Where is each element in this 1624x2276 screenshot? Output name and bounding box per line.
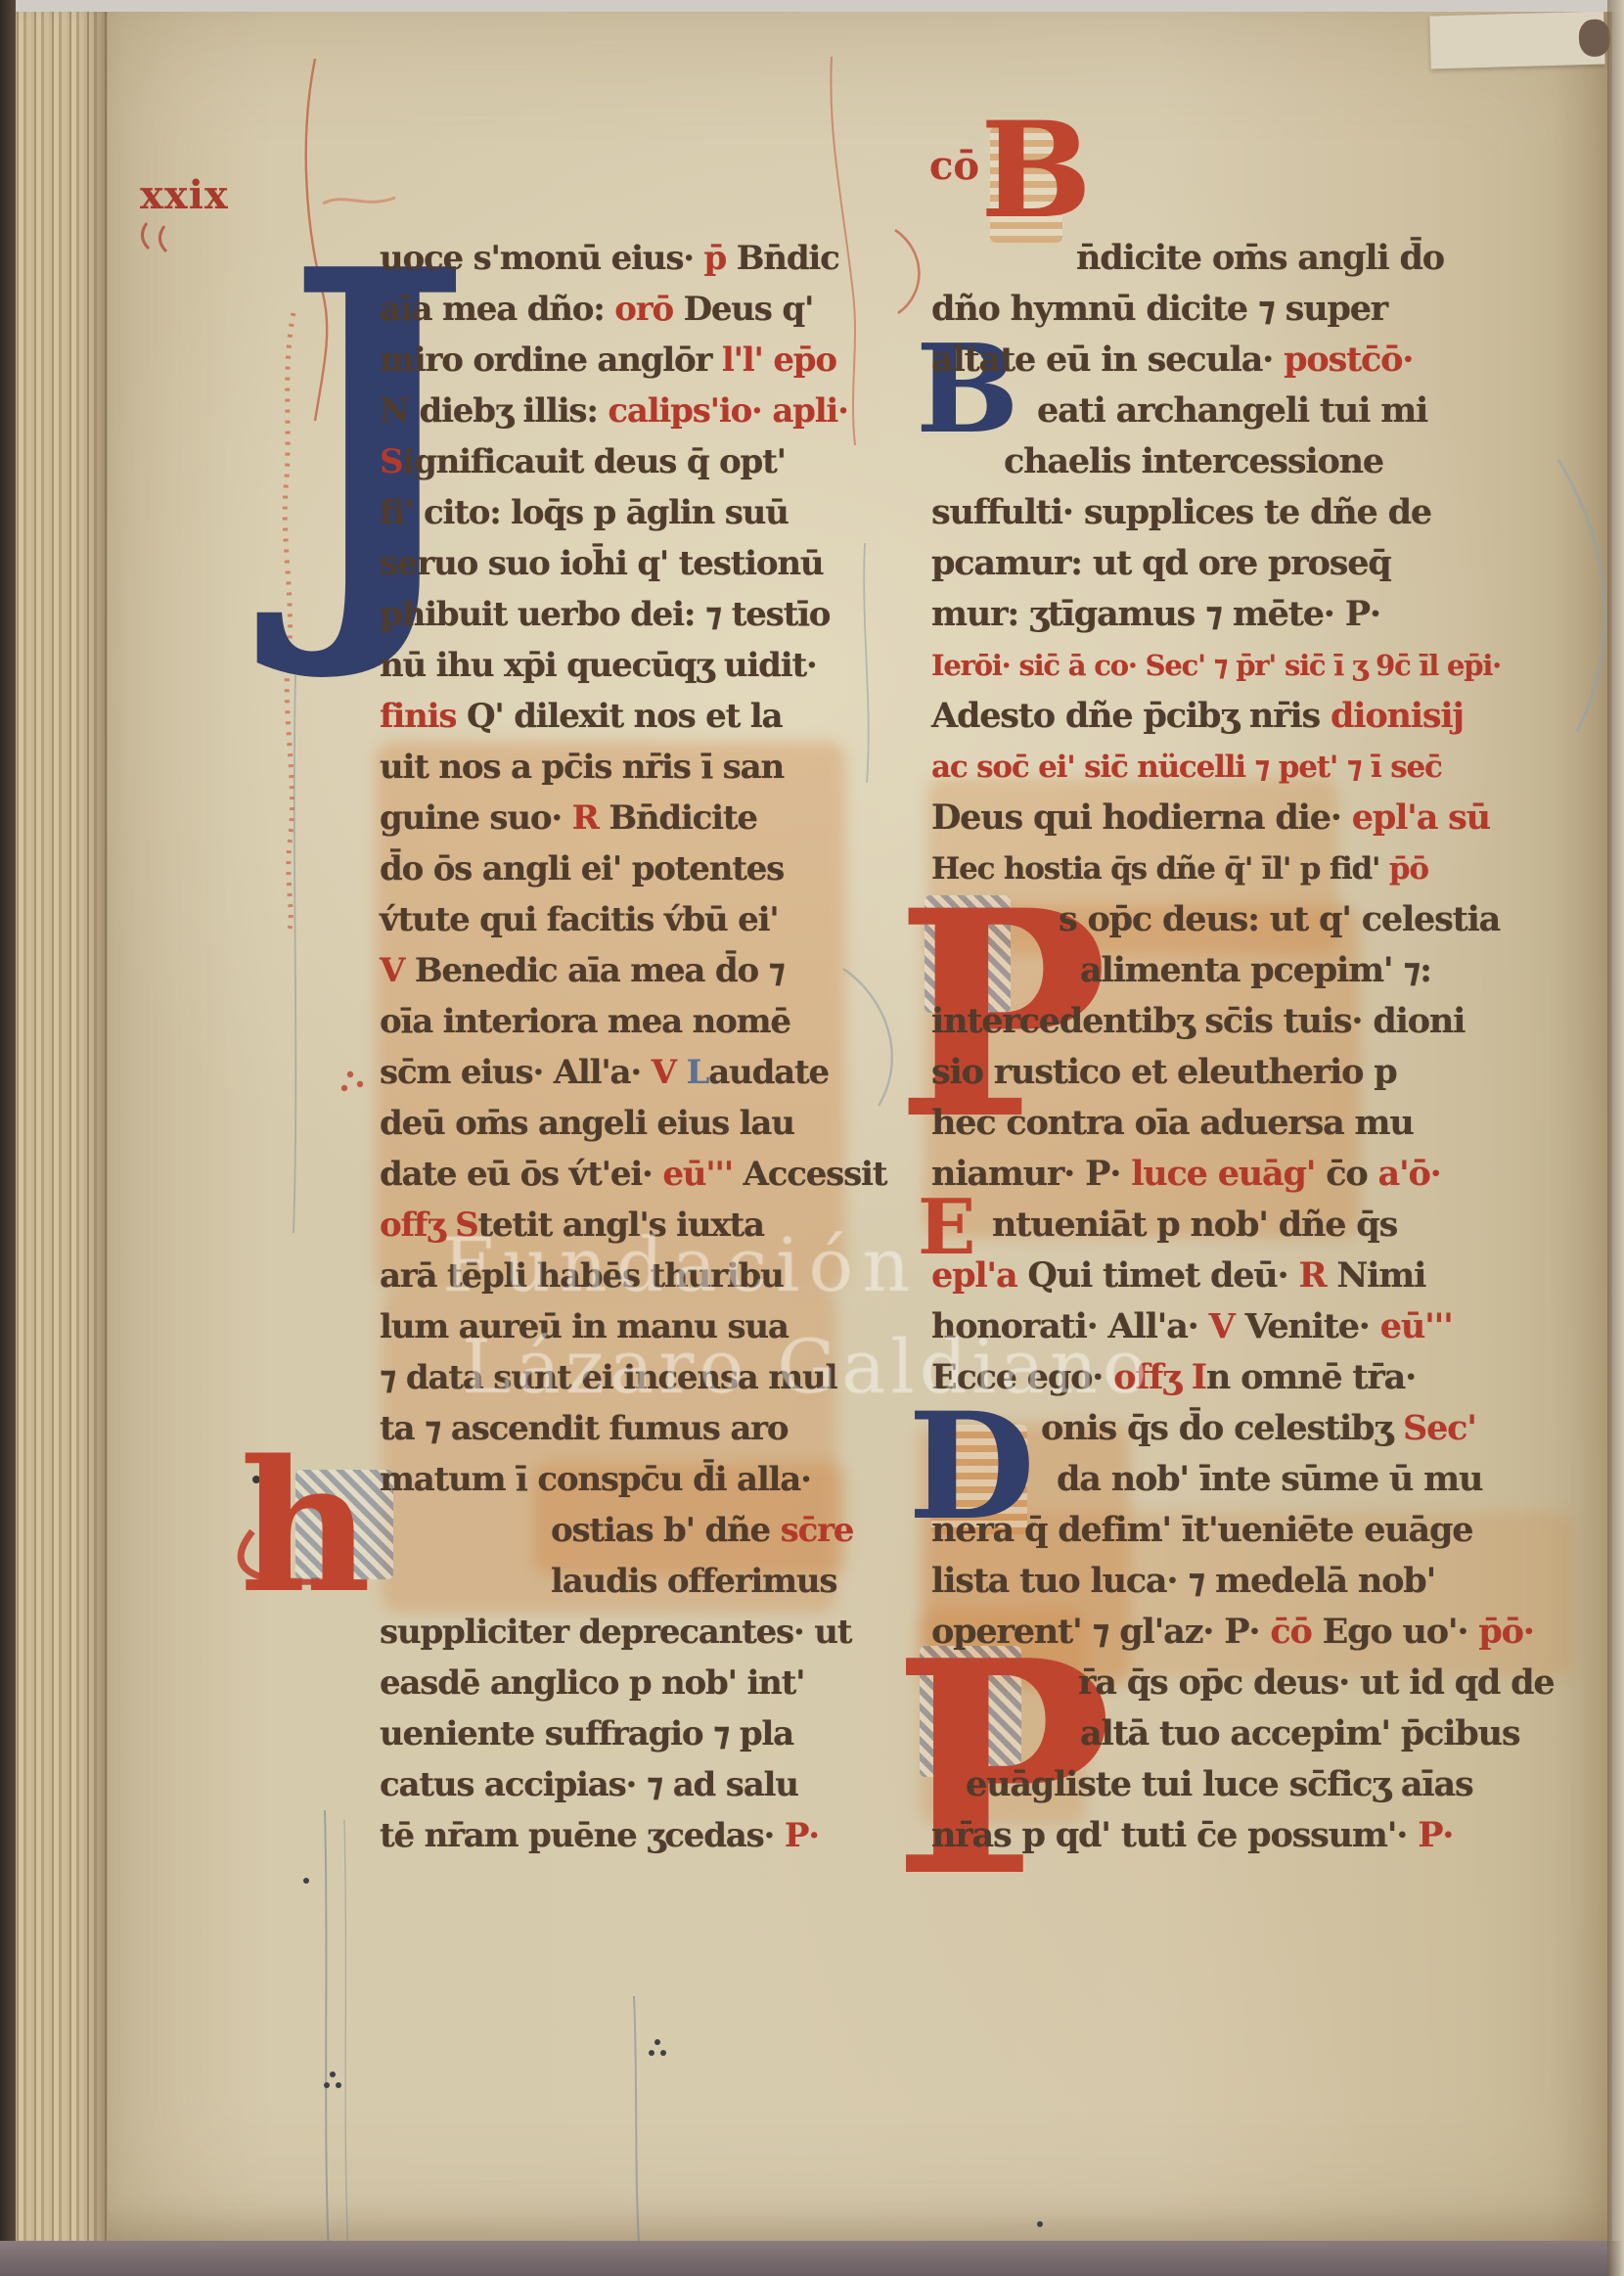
rubric-text: V [1209, 1306, 1245, 1346]
body-text: da nob' īnte sūme ū mu [1057, 1459, 1482, 1499]
body-text: Hec hostia q̄s dñe q̄' īl' p fid' [931, 851, 1389, 887]
text-line: catus accipias· ⁊ ad salu [380, 1759, 886, 1810]
body-text: Venite· [1245, 1306, 1380, 1346]
text-line: v́tute qui facitis v́bū ei' [380, 894, 886, 945]
manuscript-photo: J h B B P E D P xxix cō uoce s'monū eius… [0, 0, 1624, 2276]
text-line: intercedentibʒ sc̄is tuis· dioni [931, 996, 1554, 1047]
text-line: Deus qui hodierna die· epl'a sū [931, 793, 1554, 843]
body-text: miro ordine anglōr [380, 341, 722, 380]
text-line: ntueniāt p nob' dñe q̄s [931, 1200, 1554, 1251]
text-line: aīa mea dño: orō Deus q' [380, 284, 886, 335]
text-column-left: uoce s'monū eius· p̄ Bn̄dicaīa mea dño: … [380, 233, 886, 1861]
photo-edge-top [0, 0, 1624, 12]
rubric-text: R [1299, 1255, 1337, 1296]
body-text: Bn̄dicite [609, 798, 757, 838]
rubric-text: p̄ō [1389, 851, 1428, 887]
text-line: operent' ⁊ gl'az· P· c̄ō Ego uo'· p̄ō· [931, 1607, 1554, 1658]
text-line: fi' cito: loq̄s p āglin suū [380, 487, 886, 538]
text-line: lum aureū in manu sua [380, 1301, 886, 1352]
body-text: d̄o ōs angli ei' potentes [380, 849, 784, 888]
text-line: nera q̄ defim' īt'ueniēte euāge [931, 1505, 1554, 1556]
photo-edge-bottom [0, 2241, 1624, 2276]
body-text: deū om̄s angeli eius lau [380, 1104, 794, 1143]
body-text: mur: ʒtīgamus ⁊ mēte· P· [931, 594, 1380, 634]
rubric-text: luce euāg' [1131, 1154, 1326, 1194]
text-line: chaelis intercessione [931, 436, 1554, 487]
rubric-text: postc̄ō· [1284, 340, 1413, 380]
body-text: chaelis intercessione [1004, 441, 1383, 481]
text-line: matum ī conspc̄u d̄i alla· [380, 1454, 886, 1505]
body-text: alimenta pcepim' ⁊: [1080, 950, 1431, 990]
book-page-edges [14, 0, 108, 2276]
body-text: r̄a q̄s op̄c deus· ut id qd de [1078, 1662, 1554, 1703]
text-column-right: n̄dicite om̄s angli d̄odño hymnū dicite … [931, 233, 1554, 1861]
communio-abbreviation: cō [929, 143, 979, 189]
text-line: mur: ʒtīgamus ⁊ mēte· P· [931, 589, 1554, 640]
text-line: N diebʒ illis: calips'io· apli· [380, 386, 886, 436]
text-line: lista tuo luca· ⁊ medelā nob' [931, 1556, 1554, 1607]
body-text: sc̄m eius· All'a· [380, 1053, 652, 1092]
rubric-text: a'ō· [1378, 1154, 1441, 1194]
body-text: Nimi [1336, 1255, 1425, 1296]
text-line: ⁊ data sunt ei incensa mul [380, 1352, 886, 1403]
body-text: L [687, 1053, 709, 1092]
body-text: audate [708, 1053, 829, 1092]
body-text: altā tuo accepim' p̄cibus [1080, 1713, 1519, 1753]
text-line: n̄dicite om̄s angli d̄o [931, 233, 1554, 284]
body-text: ueniente suffragio ⁊ pla [380, 1714, 793, 1753]
body-text: ntueniāt p nob' dñe q̄s [992, 1205, 1397, 1245]
body-text: altate eū in secula· [931, 340, 1284, 380]
rubric-text: V [652, 1053, 687, 1092]
body-text: euāgliste tui luce sc̄ficʒ aīas [966, 1764, 1472, 1804]
body-text: Deus q' [684, 290, 814, 329]
text-line: deū om̄s angeli eius lau [380, 1098, 886, 1149]
rubric-text: offʒ S [380, 1206, 477, 1245]
rubric-text: l'l' ep̄o [722, 341, 836, 380]
rubric-text: epl'a sū [1352, 797, 1490, 838]
text-line: easdē anglico p nob' int' [380, 1658, 886, 1708]
rubric-text: orō [614, 290, 683, 329]
text-line: ac soc̄ ei' sic̄ nücelli ⁊ pet' ⁊ ī sec̄ [931, 742, 1554, 793]
body-text: phibuit uerbo dei: ⁊ testīo [380, 595, 830, 634]
text-line: Hec hostia q̄s dñe q̄' īl' p fid' p̄ō [931, 843, 1554, 894]
text-line: ostias b' dñe sc̄re [380, 1505, 886, 1556]
body-text: nr̄as p qd' tuti c̄e possum'· [931, 1815, 1418, 1855]
body-text: intercedentibʒ sc̄is tuis· dioni [931, 1001, 1465, 1041]
initial-b-pattern [990, 127, 1062, 243]
body-text: laudis offerimus [551, 1562, 836, 1601]
body-text: Ego uo'· [1323, 1612, 1479, 1652]
photo-edge-right [1607, 0, 1624, 2276]
body-text: suffulti· supplices te dñe de [931, 492, 1431, 532]
text-line: suppliciter deprecantes· ut [380, 1607, 886, 1658]
body-text: v́tute qui facitis v́bū ei' [380, 900, 779, 939]
body-text: n̄dicite om̄s angli d̄o [1076, 238, 1444, 278]
text-line: r̄a q̄s op̄c deus· ut id qd de [931, 1658, 1554, 1708]
rubric-text: offʒ I [1113, 1357, 1206, 1397]
body-text: pcamur: ut qd ore proseq̄ [931, 543, 1391, 583]
text-line: Ecce ego· offʒ In omnē tr̄a· [931, 1352, 1554, 1403]
body-text: oīa interiora mea nomē [380, 1002, 790, 1041]
folio-number: xxix [140, 172, 229, 218]
rubric-text: V [380, 951, 415, 990]
text-line: niamur· P· luce euāg' c̄o a'ō· [931, 1149, 1554, 1200]
text-line: date eū ōs v́t'ei· eū''' Accessit [380, 1149, 886, 1200]
text-line: alimenta pcepim' ⁊: [931, 945, 1554, 996]
rubric-text: S [380, 442, 402, 481]
body-text: honorati· All'a· [931, 1306, 1209, 1346]
text-line: onis q̄s d̄o celestibʒ Sec' [931, 1403, 1554, 1454]
text-line: uit nos a pc̄is nr̄is ī san [380, 742, 886, 793]
rubric-text: epl'a [931, 1255, 1027, 1296]
text-line: nr̄as p qd' tuti c̄e possum'· P· [931, 1810, 1554, 1861]
rubric-text: finis [380, 697, 467, 736]
text-line: miro ordine anglōr l'l' ep̄o [380, 335, 886, 386]
body-text: Ecce ego· [931, 1357, 1113, 1397]
text-line: d̄o ōs angli ei' potentes [380, 843, 886, 894]
rubric-text: Sec' [1403, 1408, 1476, 1448]
text-line: sio rustico et eleutherio p [931, 1047, 1554, 1098]
tab-smudge [1578, 19, 1610, 57]
text-line: eati archangeli tui mi [931, 386, 1554, 436]
rubric-text: R [572, 798, 609, 838]
rubric-text: ac soc̄ ei' sic̄ nücelli ⁊ pet' ⁊ ī sec̄ [931, 750, 1442, 785]
body-text: catus accipias· ⁊ ad salu [380, 1765, 798, 1804]
body-text: Adesto dñe p̄cibʒ nr̄is [931, 696, 1331, 736]
body-text: c̄o [1326, 1154, 1377, 1194]
body-text: Qui timet deū· [1027, 1255, 1298, 1296]
text-line: pcamur: ut qd ore proseq̄ [931, 538, 1554, 589]
text-line: honorati· All'a· V Venite· eū''' [931, 1301, 1554, 1352]
body-text: fi' cito: loq̄s p āglin suū [380, 493, 789, 532]
rubric-text: P· [1418, 1815, 1453, 1855]
text-line: hec contra oīa aduersa mu [931, 1098, 1554, 1149]
corner-tab [1429, 12, 1604, 69]
initial-h-pattern [295, 1470, 393, 1579]
rubric-text: sc̄re [781, 1511, 854, 1550]
rubric-text: calips'io· apli· [608, 391, 847, 431]
body-text: matum ī conspc̄u d̄i alla· [380, 1460, 811, 1499]
text-line: sc̄m eius· All'a· V Laudate [380, 1047, 886, 1098]
text-line: phibuit uerbo dei: ⁊ testīo [380, 589, 886, 640]
body-text: easdē anglico p nob' int' [380, 1663, 804, 1703]
text-line: suffulti· supplices te dñe de [931, 487, 1554, 538]
body-text: arā tēpli habēs thuribu [380, 1256, 784, 1296]
body-text: lista tuo luca· ⁊ medelā nob' [931, 1561, 1435, 1601]
body-text: onis q̄s d̄o celestibʒ [1041, 1408, 1403, 1448]
rubric-text: p̄ [694, 239, 737, 278]
text-line: Ierōi· sic̄ ā co· Sec' ⁊ p̄r' sic̄ ī ʒ 9… [931, 640, 1554, 691]
text-line: V Benedic aīa mea d̄o ⁊ [380, 945, 886, 996]
photo-edge-left [0, 0, 16, 2276]
text-line: oīa interiora mea nomē [380, 996, 886, 1047]
text-line: s op̄c deus: ut q' celestia [931, 894, 1554, 945]
body-text: uit nos a pc̄is nr̄is ī san [380, 748, 784, 787]
body-text: Deus qui hodierna die· [931, 797, 1352, 838]
text-line: dño hymnū dicite ⁊ super [931, 284, 1554, 335]
text-line: arā tēpli habēs thuribu [380, 1251, 886, 1301]
body-text: dño hymnū dicite ⁊ super [931, 289, 1387, 329]
text-line: epl'a Qui timet deū· R Nimi [931, 1251, 1554, 1301]
body-text: nū ihu xp̄i quecūqʒ uidit· [380, 646, 817, 685]
body-text: nera q̄ defim' īt'ueniēte euāge [931, 1510, 1472, 1550]
rubric-text: eū''' [662, 1155, 743, 1194]
body-text: ignificauit deus q̄ opt' [402, 442, 785, 481]
body-text: niamur· P· [931, 1154, 1131, 1194]
body-text: aīa mea dño: [380, 290, 614, 329]
text-line: altā tuo accepim' p̄cibus [931, 1708, 1554, 1759]
rubric-text: p̄ō· [1478, 1612, 1533, 1652]
body-text: Q' dilexit nos et la [467, 697, 782, 736]
text-line: da nob' īnte sūme ū mu [931, 1454, 1554, 1505]
body-text: Bn̄dic [737, 239, 839, 278]
body-text: sio rustico et eleutherio p [931, 1052, 1397, 1092]
body-text: hec contra oīa aduersa mu [931, 1103, 1414, 1143]
text-line: seruo suo ioh̄i q' testionū [380, 538, 886, 589]
body-text: suppliciter deprecantes· ut [380, 1613, 851, 1652]
rubric-text: Ierōi· sic̄ ā co· Sec' ⁊ p̄r' sic̄ ī ʒ 9… [931, 649, 1501, 682]
body-text: seruo suo ioh̄i q' testionū [380, 544, 823, 583]
body-text: Accessit [744, 1155, 887, 1194]
rubric-text: dionisij [1331, 696, 1464, 736]
text-line: altate eū in secula· postc̄ō· [931, 335, 1554, 386]
body-text: eati archangeli tui mi [1037, 390, 1427, 431]
body-text: operent' ⁊ gl'az· P· [931, 1612, 1270, 1652]
text-line: ta ⁊ ascendit fumus aro [380, 1403, 886, 1454]
body-text: tē nr̄am puēne ʒcedas· [380, 1816, 785, 1855]
body-text: ta ⁊ ascendit fumus aro [380, 1409, 788, 1448]
text-line: uoce s'monū eius· p̄ Bn̄dic [380, 233, 886, 284]
body-text: Benedic aīa mea d̄o ⁊ [415, 951, 785, 990]
rubric-text: eū''' [1380, 1306, 1453, 1346]
body-text: n omnē tr̄a· [1206, 1357, 1416, 1397]
text-line: offʒ Stetit angl's iuxta [380, 1200, 886, 1251]
rubric-text: c̄ō [1270, 1612, 1322, 1652]
body-text: tetit angl's iuxta [477, 1206, 763, 1245]
text-line: Significauit deus q̄ opt' [380, 436, 886, 487]
text-line: finis Q' dilexit nos et la [380, 691, 886, 742]
text-line: tē nr̄am puēne ʒcedas· P· [380, 1810, 886, 1861]
text-line: laudis offerimus [380, 1556, 886, 1607]
body-text: s op̄c deus: ut q' celestia [1059, 899, 1500, 939]
body-text: lum aureū in manu sua [380, 1307, 789, 1346]
body-text: uoce s'monū eius· [380, 239, 694, 278]
text-line: Adesto dñe p̄cibʒ nr̄is dionisij [931, 691, 1554, 742]
body-text: N diebʒ illis: [380, 391, 608, 431]
text-line: nū ihu xp̄i quecūqʒ uidit· [380, 640, 886, 691]
body-text: guine suo· [380, 798, 572, 838]
body-text: date eū ōs v́t'ei· [380, 1155, 662, 1194]
text-line: guine suo· R Bn̄dicite [380, 793, 886, 843]
text-line: ueniente suffragio ⁊ pla [380, 1708, 886, 1759]
text-line: euāgliste tui luce sc̄ficʒ aīas [931, 1759, 1554, 1810]
body-text: ostias b' dñe [551, 1511, 781, 1550]
body-text: ⁊ data sunt ei incensa mul [380, 1358, 836, 1397]
rubric-text: P· [785, 1816, 819, 1855]
